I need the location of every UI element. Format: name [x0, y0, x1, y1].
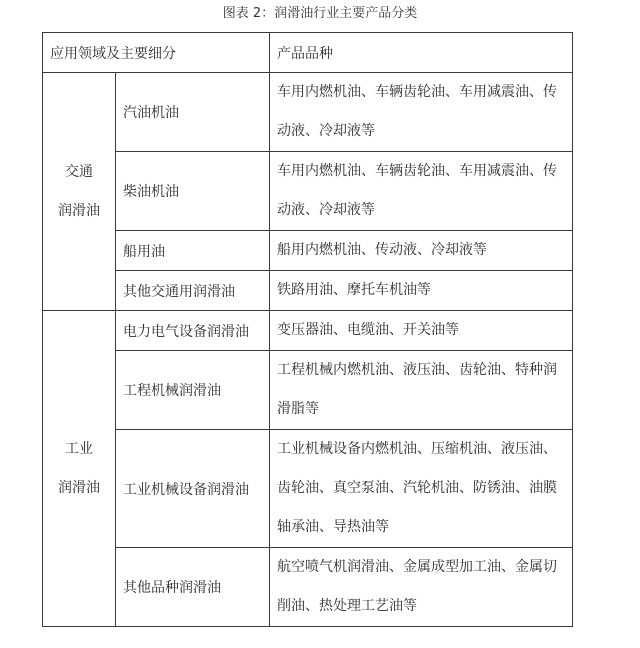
products-cell: 铁路用油、摩托车机油等	[270, 271, 573, 311]
category-industrial-lubricant: 工业 润滑油	[43, 311, 116, 627]
table-row: 工程机械润滑油 工程机械内燃机油、液压油、齿轮油、特种润滑脂等	[43, 351, 573, 430]
products-cell: 车用内燃机油、车辆齿轮油、车用减震油、传动液、冷却液等	[270, 152, 573, 231]
category-label-line2: 润滑油	[43, 469, 115, 508]
subcategory-cell: 工程机械润滑油	[116, 351, 270, 430]
category-label-line1: 工业	[43, 430, 115, 469]
subcategory-cell: 船用油	[116, 231, 270, 271]
table-row: 工业 润滑油 电力电气设备润滑油 变压器油、电缆油、开关油等	[43, 311, 573, 351]
category-transport-lubricant: 交通 润滑油	[43, 73, 116, 311]
subcategory-cell: 其他交通用润滑油	[116, 271, 270, 311]
header-product-variety: 产品品种	[270, 33, 573, 73]
subcategory-cell: 其他品种润滑油	[116, 548, 270, 627]
table-row: 其他交通用润滑油 铁路用油、摩托车机油等	[43, 271, 573, 311]
products-cell: 工业机械设备内燃机油、压缩机油、液压油、齿轮油、真空泵油、汽轮机油、防锈油、油膜…	[270, 430, 573, 548]
category-label-line1: 交通	[43, 153, 115, 192]
subcategory-cell: 电力电气设备润滑油	[116, 311, 270, 351]
table-row: 交通 润滑油 汽油机油 车用内燃机油、车辆齿轮油、车用减震油、传动液、冷却液等	[43, 73, 573, 152]
products-cell: 车用内燃机油、车辆齿轮油、车用减震油、传动液、冷却液等	[270, 73, 573, 152]
products-cell: 变压器油、电缆油、开关油等	[270, 311, 573, 351]
subcategory-cell: 汽油机油	[116, 73, 270, 152]
products-cell: 工程机械内燃机油、液压油、齿轮油、特种润滑脂等	[270, 351, 573, 430]
subcategory-cell: 柴油机油	[116, 152, 270, 231]
table-row: 柴油机油 车用内燃机油、车辆齿轮油、车用减震油、传动液、冷却液等	[43, 152, 573, 231]
header-application-field: 应用领域及主要细分	[43, 33, 270, 73]
subcategory-cell: 工业机械设备润滑油	[116, 430, 270, 548]
table-row: 其他品种润滑油 航空喷气机润滑油、金属成型加工油、金属切削油、热处理工艺油等	[43, 548, 573, 627]
table-row: 船用油 船用内燃机油、传动液、冷却液等	[43, 231, 573, 271]
products-cell: 航空喷气机润滑油、金属成型加工油、金属切削油、热处理工艺油等	[270, 548, 573, 627]
table-header-row: 应用领域及主要细分 产品品种	[43, 33, 573, 73]
figure-title: 图表 2：润滑油行业主要产品分类	[0, 4, 640, 24]
products-cell: 船用内燃机油、传动液、冷却液等	[270, 231, 573, 271]
table-row: 工业机械设备润滑油 工业机械设备内燃机油、压缩机油、液压油、齿轮油、真空泵油、汽…	[43, 430, 573, 548]
category-label-line2: 润滑油	[43, 192, 115, 231]
product-classification-table: 应用领域及主要细分 产品品种 交通 润滑油 汽油机油 车用内燃机油、车辆齿轮油、…	[42, 32, 573, 627]
